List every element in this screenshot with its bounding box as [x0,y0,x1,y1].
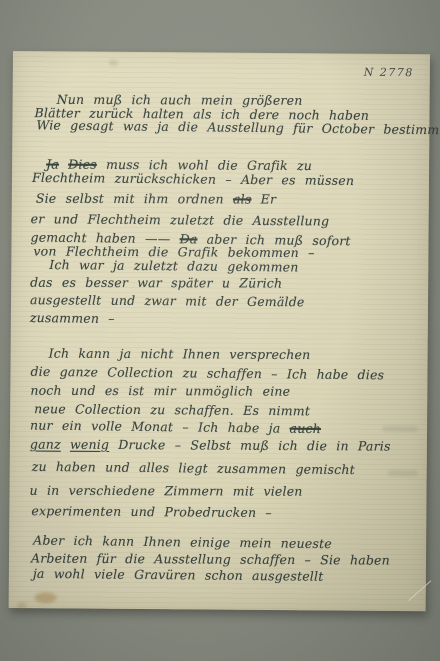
handwriting-line: Flechtheim zurückschicken – Aber es müss… [32,170,354,188]
handwriting-line: Sie selbst mit ihm ordnen als Er [36,191,276,207]
handwriting-line: zusammen – [30,310,115,326]
handwriting-line: noch und es ist mir unmöglich eine [30,383,290,399]
handwriting-line: Wie gesagt was ja die Ausstellung für Oc… [36,117,440,137]
handwriting-line: u in verschiedene Zimmern mit vielen [30,483,303,499]
handwriting-line: ja wohl viele Gravüren schon ausgestellt [33,566,324,584]
stain [109,60,118,66]
archive-number: N 2778 [364,66,414,79]
handwriting-line: nur ein volle Monat – Ich habe ja auch [30,418,321,437]
stain [35,592,57,603]
handwriting-line: das es besser war später u Zürich [30,275,282,291]
handwriting-line: experimenten und Probedrucken – [31,503,272,520]
ink-showthrough [388,470,418,476]
scan-background: N 2778 Nun muß ich auch mein größerenBlä… [0,0,440,661]
stain [17,602,27,609]
crease-mark [408,580,431,601]
handwriting-line: Ich kann ja nicht Ihnen versprechen [49,346,311,363]
handwriting-line: neue Collection zu schaffen. Es nimmt [34,401,310,418]
handwriting-block: Nun muß ich auch mein größerenBlätter zu… [13,51,430,54]
handwriting-line: ausgestellt und zwar mit der Gemälde [30,292,305,309]
letter-page: N 2778 Nun muß ich auch mein größerenBlä… [9,51,430,611]
ink-showthrough [382,426,418,432]
handwriting-line: ganz wenig Drucke – Selbst muß ich die i… [30,437,391,454]
handwriting-line: Ich war ja zuletzt dazu gekommen [49,257,298,274]
handwriting-line: er und Flechtheim zuletzt die Ausstellun… [31,211,330,228]
handwriting-line: Aber ich kann Ihnen einige mein neueste [33,533,332,552]
handwriting-line: zu haben und alles liegt zusammen gemisc… [32,459,355,477]
handwriting-line: Arbeiten für die Ausstellung schaffen – … [31,551,390,568]
handwriting-line: die ganze Collection zu schaffen – Ich h… [30,364,384,383]
